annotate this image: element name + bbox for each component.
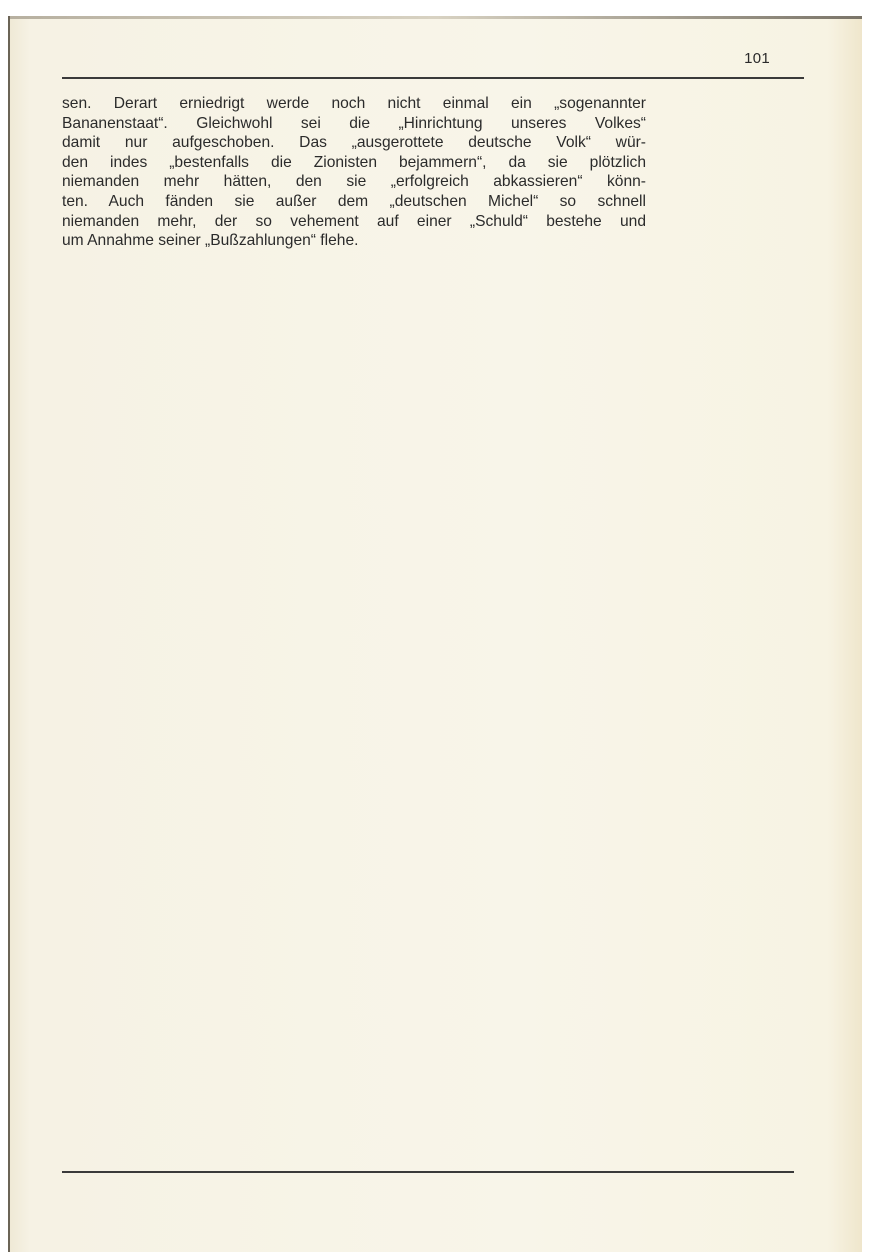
paragraph-line: den indes „bestenfalls die Zionisten bej… [62,153,646,173]
paragraph-line: niemanden mehr hätten, den sie „erfolgre… [62,172,646,192]
paragraph-line: Bananenstaat“. Gleichwohl sei die „Hinri… [62,114,646,134]
body-paragraph: sen. Derart erniedrigt werde noch nicht … [62,94,646,251]
header-rule [62,77,804,79]
footer-rule [62,1171,794,1173]
paragraph-line: um Annahme seiner „Bußzahlungen“ flehe. [62,231,646,251]
paragraph-line: niemanden mehr, der so vehement auf eine… [62,212,646,232]
paragraph-line: damit nur aufgeschoben. Das „ausgerottet… [62,133,646,153]
page-number: 101 [744,50,770,67]
paragraph-line: sen. Derart erniedrigt werde noch nicht … [62,94,646,114]
book-page: 101 sen. Derart erniedrigt werde noch ni… [8,16,862,1252]
paragraph-line: ten. Auch fänden sie außer dem „deutsche… [62,192,646,212]
